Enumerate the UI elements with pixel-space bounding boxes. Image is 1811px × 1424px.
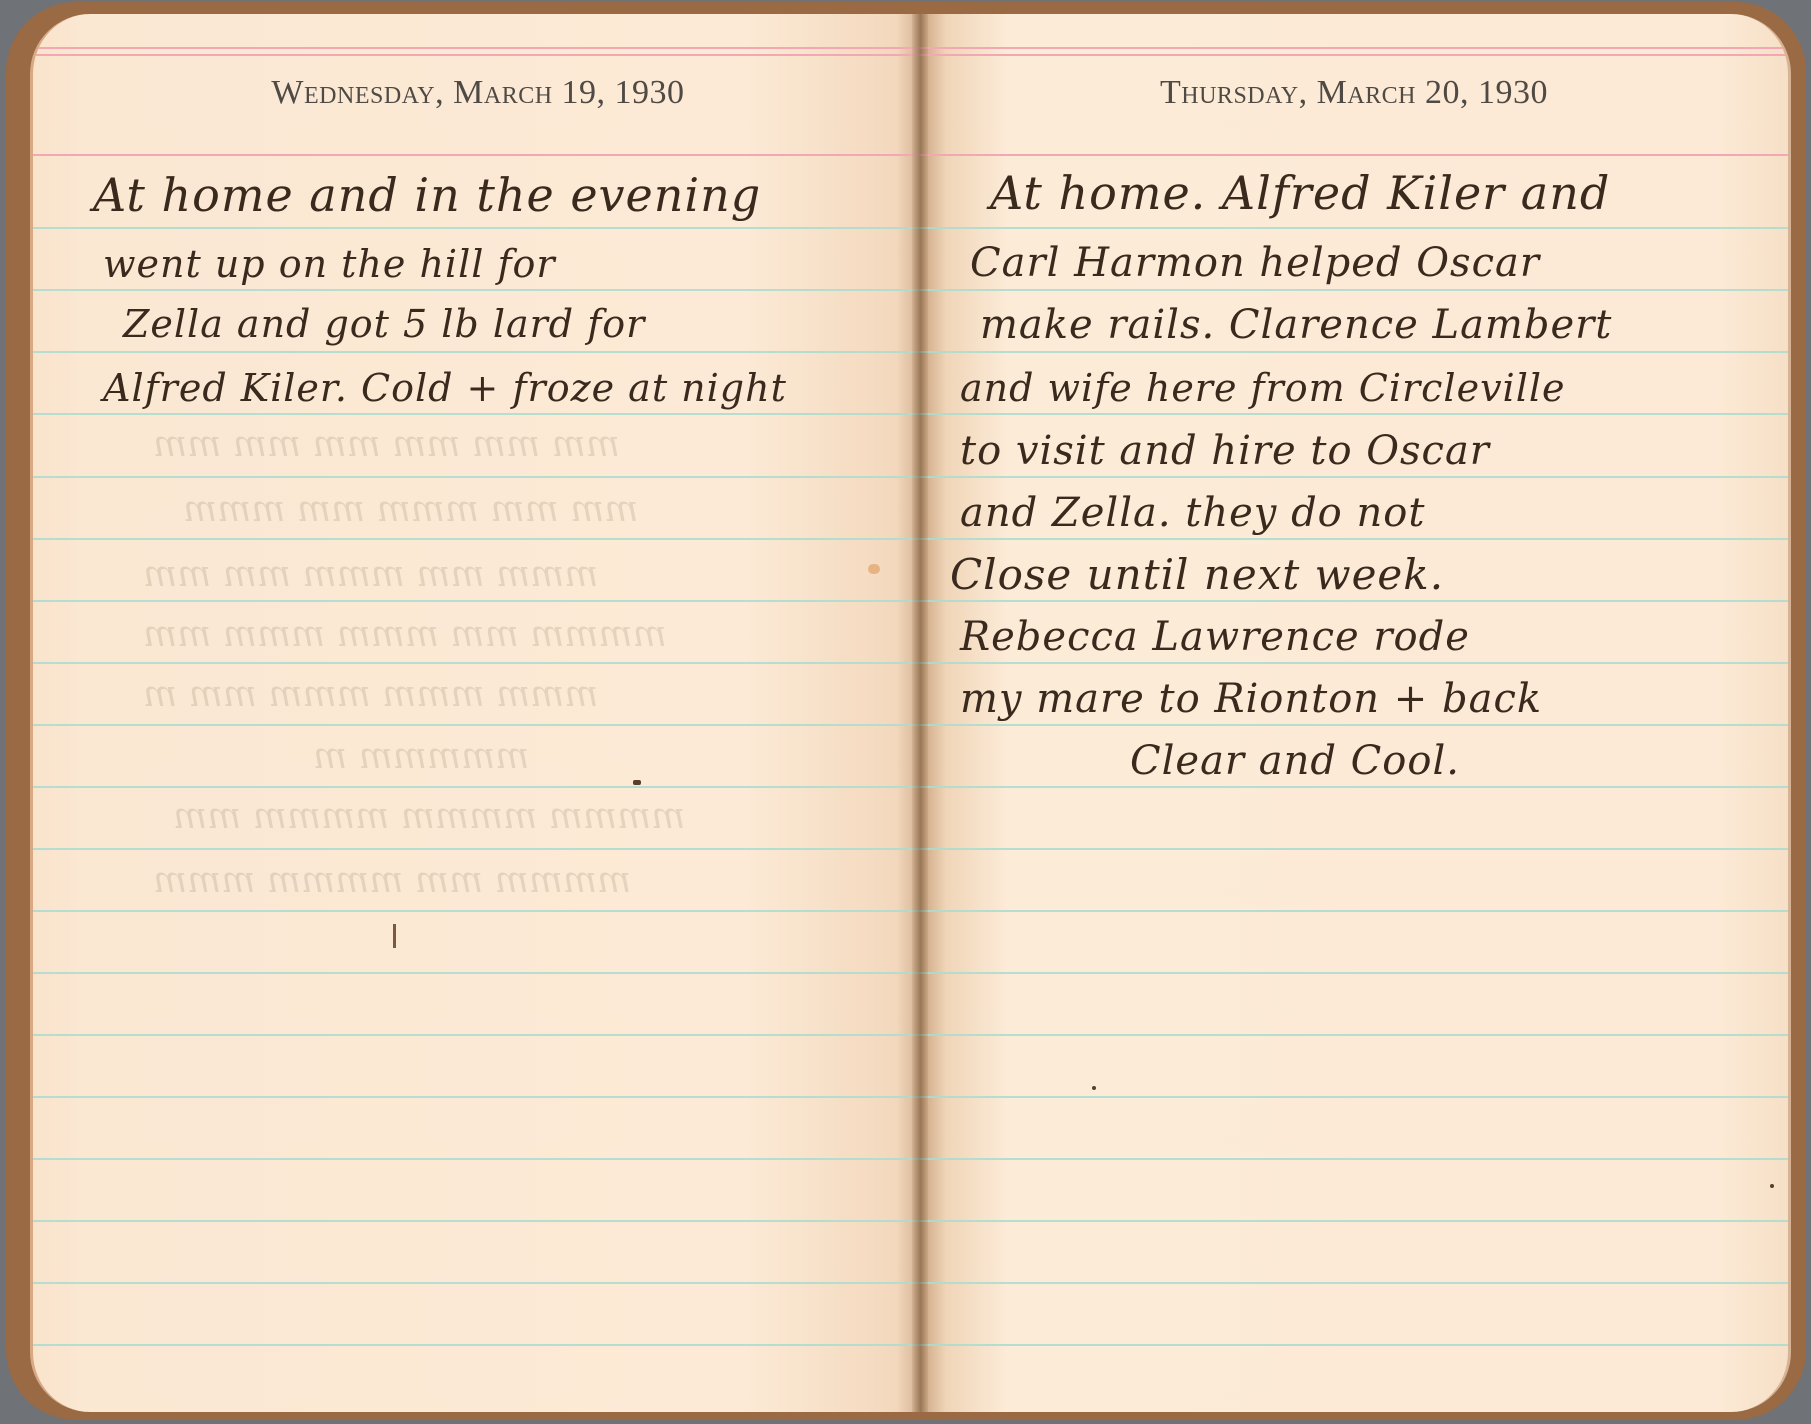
header-rule xyxy=(920,154,1788,156)
bleed-through-text: mmmm mmmm mmmm mm xyxy=(173,796,685,837)
entry-line: make rails. Clarence Lambert xyxy=(980,302,1612,348)
bleed-through-text: mmm mmm mmm mm m xyxy=(143,674,598,715)
entry-line: my mare to Rionton + back xyxy=(960,676,1542,722)
bleed-through-text: mmmm mm mmm mmm mm xyxy=(143,614,667,655)
entry-line: At home and in the evening xyxy=(93,168,761,222)
entry-line: Zella and got 5 lb lard for xyxy=(123,302,645,346)
bleed-through-text: mm mm mmm mm mmm xyxy=(183,489,638,530)
entry-line: Close until next week. xyxy=(950,550,1444,599)
ink-speck xyxy=(633,780,641,785)
entry-line: to visit and hire to Oscar xyxy=(960,428,1490,474)
bleed-through-text: mmmm mm mmmm mmm xyxy=(153,860,631,901)
date-header-left: Wednesday, March 19, 1930 xyxy=(33,74,923,112)
pink-rule xyxy=(920,47,1788,49)
entry-line: and wife here from Circleville xyxy=(960,366,1566,410)
ink-speck xyxy=(1092,1086,1096,1090)
bleed-through-text: mmm mm mmm mm mm xyxy=(143,554,598,595)
pink-rule xyxy=(920,54,1788,56)
entry-line: At home. Alfred Kiler and xyxy=(990,166,1610,220)
right-page: Thursday, March 20, 1930 At xyxy=(920,14,1791,1412)
left-page: Wednesday, March 19, 1930 mm mm mm mm mm… xyxy=(30,14,923,1412)
pencil-mark xyxy=(393,924,396,948)
bleed-through-text: mm mm mm mm mm mm xyxy=(153,424,620,465)
entry-line: and Zella. they do not xyxy=(960,490,1425,536)
date-header-right: Thursday, March 20, 1930 xyxy=(920,74,1788,112)
entry-line: went up on the hill for xyxy=(103,242,556,286)
diary-book: Wednesday, March 19, 1930 mm mm mm mm mm… xyxy=(6,2,1806,1420)
ink-speck xyxy=(1770,1184,1774,1188)
entry-line: Alfred Kiler. Cold + froze at night xyxy=(103,366,787,410)
book-gutter xyxy=(912,14,928,1412)
pink-rule xyxy=(33,47,923,49)
header-rule xyxy=(33,154,923,156)
pink-rule xyxy=(33,54,923,56)
stain xyxy=(868,564,880,574)
bleed-through-text: mmmmm m xyxy=(313,736,529,777)
entry-line: Carl Harmon helped Oscar xyxy=(970,240,1540,286)
entry-line: Rebecca Lawrence rode xyxy=(960,614,1470,660)
entry-line: Clear and Cool. xyxy=(1130,738,1460,784)
